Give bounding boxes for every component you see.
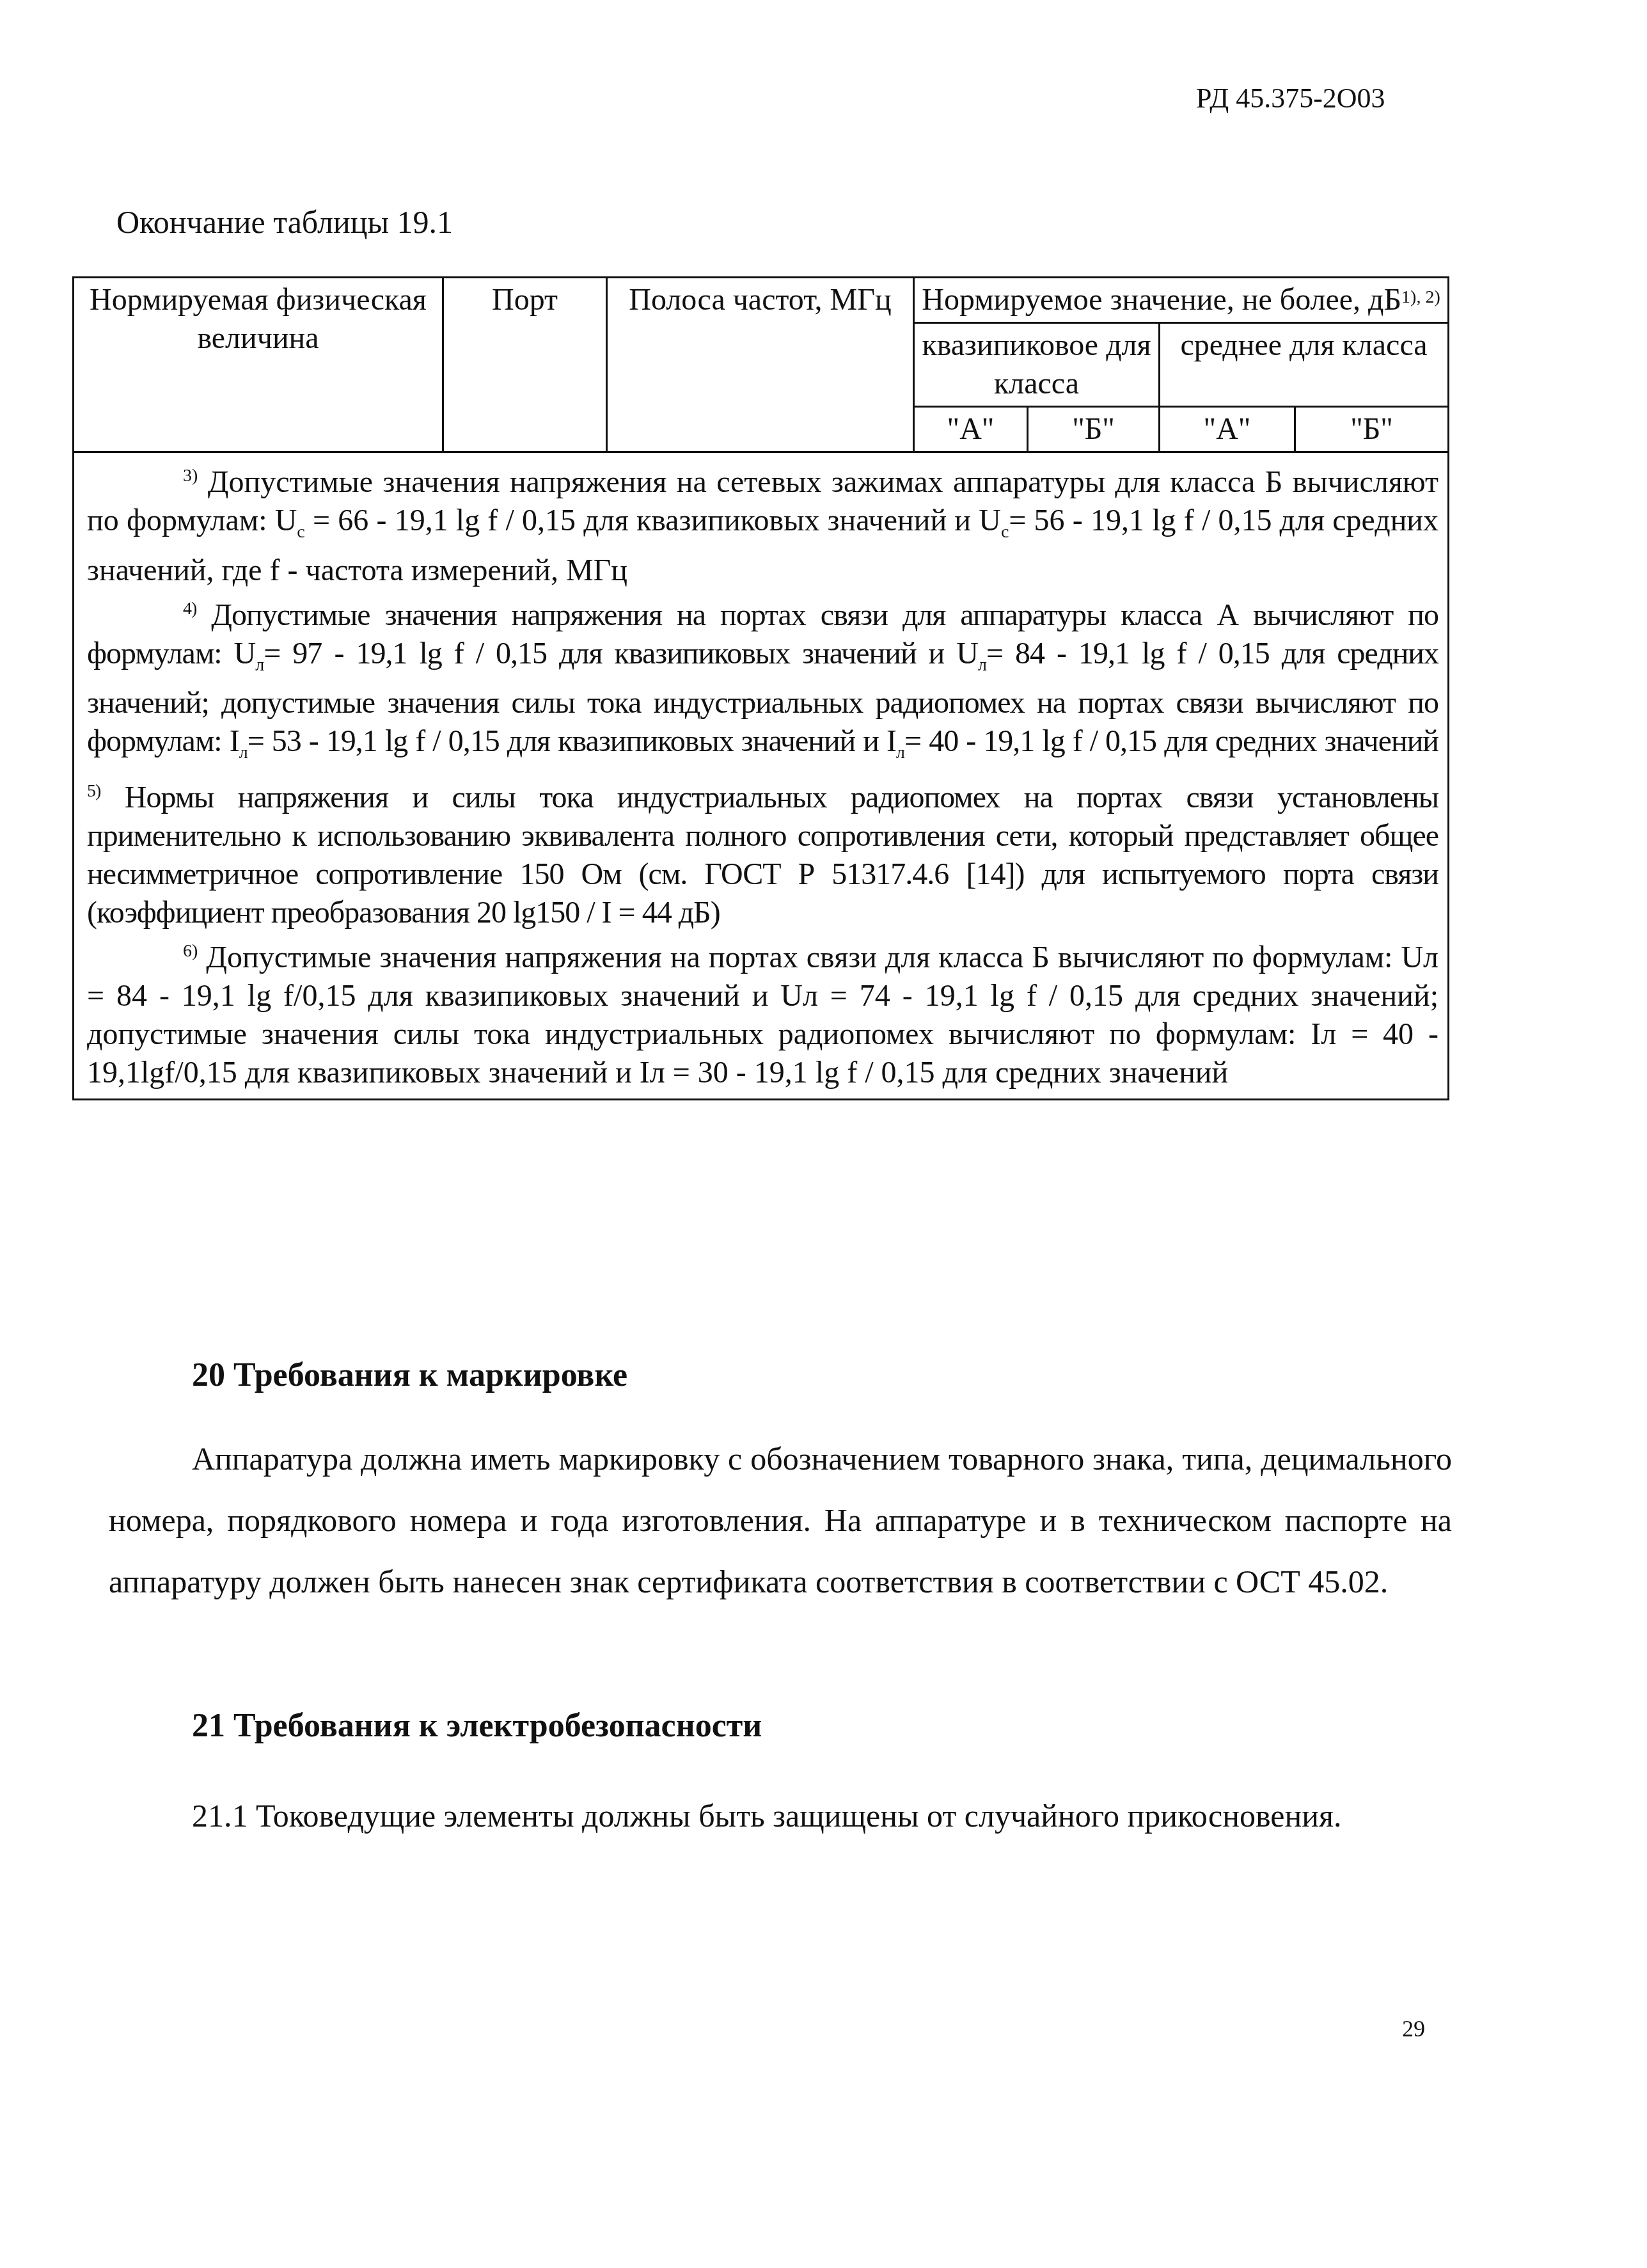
header-port: Порт: [443, 278, 607, 452]
header-norm-value: Нормируемое значение, не более, дБ1), 2): [914, 278, 1449, 323]
table-caption: Окончание таблицы 19.1: [116, 203, 453, 241]
header-quantity: Нормируемая физическая величина: [74, 278, 443, 452]
section-21-1-paragraph: 21.1 Токоведущие элементы должны быть за…: [109, 1785, 1452, 1846]
header-band: Полоса частот, МГц: [607, 278, 914, 452]
header-average: среднее для класса: [1160, 323, 1449, 407]
page-number: 29: [1402, 2015, 1425, 2042]
section-20-paragraph: Аппаратура должна иметь маркировку с обо…: [109, 1428, 1452, 1612]
header-avg-class-b: "Б": [1295, 407, 1449, 452]
header-avg-class-a: "А": [1160, 407, 1295, 452]
section-21-heading: 21 Требования к электробезопасности: [192, 1707, 762, 1745]
table-notes: 3) Допустимые значения напряжения на сет…: [74, 452, 1449, 1100]
header-qp-class-a: "А": [914, 407, 1028, 452]
section-20-heading: 20 Требования к маркировке: [192, 1356, 627, 1394]
document-code: РД 45.375-2О03: [1196, 82, 1385, 115]
note-4: 4) Допустимые значения напряжения на пор…: [87, 590, 1438, 932]
header-qp-class-b: "Б": [1028, 407, 1160, 452]
norm-value-refs: 1), 2): [1401, 287, 1440, 307]
note-5-ref: 5): [87, 781, 100, 801]
table-19-1-end: Нормируемая физическая величина Порт Пол…: [72, 276, 1449, 1100]
note-3: 3) Допустимые значения напряжения на сет…: [87, 457, 1438, 590]
note-6: 6) Допустимые значения напряжения на пор…: [87, 932, 1438, 1092]
header-quasi-peak: квазипиковое для класса: [914, 323, 1160, 407]
norm-value-label: Нормируемое значение, не более, дБ: [922, 283, 1401, 317]
note-5: Нормы напряжения и силы тока индустриаль…: [87, 781, 1438, 930]
